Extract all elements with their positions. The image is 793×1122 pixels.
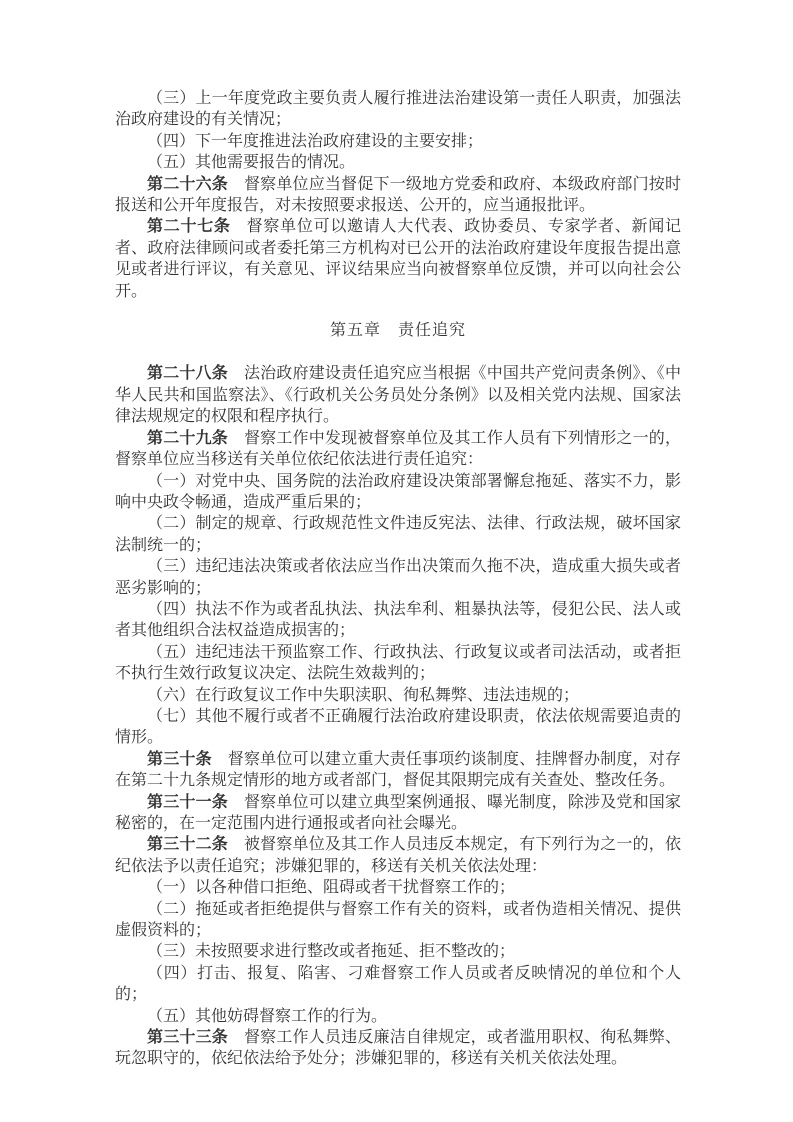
article-number: 第三十一条 [147,794,228,811]
article-number: 第三十二条 [147,836,228,853]
list-item-paragraph: （三）违纪违法决策或者依法应当作出决策而久拖不决，造成重大损失或者恶劣影响的； [115,556,681,599]
document-page: （三）上一年度党政主要负责人履行推进法治建设第一责任人职责，加强法治政府建设的有… [0,0,793,1122]
list-item-paragraph: （四）打击、报复、陷害、刁难督察工作人员或者反映情况的单位和个人的； [115,963,681,1006]
list-item-paragraph: （一）以各种借口拒绝、阻碍或者干扰督察工作的； [115,877,681,898]
list-item-paragraph: （一）对党中央、国务院的法治政府建设决策部署懈怠拖延、落实不力，影响中央政令畅通… [115,471,681,514]
list-item-paragraph: （四）下一年度推进法治政府建设的主要安排； [115,131,681,152]
list-item-paragraph: （三）未按照要求进行整改或者拖延、拒不整改的； [115,941,681,962]
list-item-paragraph: （六）在行政复议工作中失职渎职、徇私舞弊、违法违规的； [115,685,681,706]
article-number: 第二十七条 [147,218,231,235]
article-number: 第二十八条 [147,365,228,382]
chapter-heading: 第五章 责任追究 [115,320,681,341]
list-item-paragraph: （三）上一年度党政主要负责人履行推进法治建设第一责任人职责，加强法治政府建设的有… [115,88,681,131]
article-paragraph: 第三十一条督察单位可以建立典型案例通报、曝光制度，除涉及党和国家秘密的，在一定范… [115,792,681,835]
article-number: 第三十三条 [147,1029,228,1046]
article-paragraph: 第二十六条督察单位应当督促下一级地方党委和政府、本级政府部门按时报送和公开年度报… [115,174,681,217]
article-number: 第二十六条 [147,176,228,193]
list-item-paragraph: （五）其他需要报告的情况。 [115,152,681,173]
document-content: （三）上一年度党政主要负责人履行推进法治建设第一责任人职责，加强法治政府建设的有… [115,88,681,1070]
list-item-paragraph: （七）其他不履行或者不正确履行法治政府建设职责，依法依规需要追责的情形。 [115,706,681,749]
article-paragraph: 第三十条督察单位可以建立重大责任事项约谈制度、挂牌督办制度，对存在第二十九条规定… [115,749,681,792]
list-item-paragraph: （五）其他妨碍督察工作的行为。 [115,1006,681,1027]
article-paragraph: 第二十八条法治政府建设责任追究应当根据《中国共产党问责条例》、《中华人民共和国监… [115,363,681,427]
article-paragraph: 第三十二条被督察单位及其工作人员违反本规定，有下列行为之一的，依纪依法予以责任追… [115,834,681,877]
article-paragraph: 第二十七条督察单位可以邀请人大代表、政协委员、专家学者、新闻记者、政府法律顾问或… [115,216,681,302]
list-item-paragraph: （四）执法不作为或者乱执法、执法牟利、粗暴执法等，侵犯公民、法人或者其他组织合法… [115,599,681,642]
list-item-paragraph: （五）违纪违法干预监察工作、行政执法、行政复议或者司法活动，或者拒不执行生效行政… [115,642,681,685]
list-item-paragraph: （二）制定的规章、行政规范性文件违反宪法、法律、行政法规，破坏国家法制统一的； [115,513,681,556]
article-paragraph: 第二十九条督察工作中发现被督察单位及其工作人员有下列情形之一的，督察单位应当移送… [115,428,681,471]
article-number: 第二十九条 [147,430,228,447]
article-number: 第三十条 [147,751,212,768]
article-paragraph: 第三十三条督察工作人员违反廉洁自律规定，或者滥用职权、徇私舞弊、玩忽职守的，依纪… [115,1027,681,1070]
list-item-paragraph: （二）拖延或者拒绝提供与督察工作有关的资料，或者伪造相关情况、提供虚假资料的； [115,899,681,942]
